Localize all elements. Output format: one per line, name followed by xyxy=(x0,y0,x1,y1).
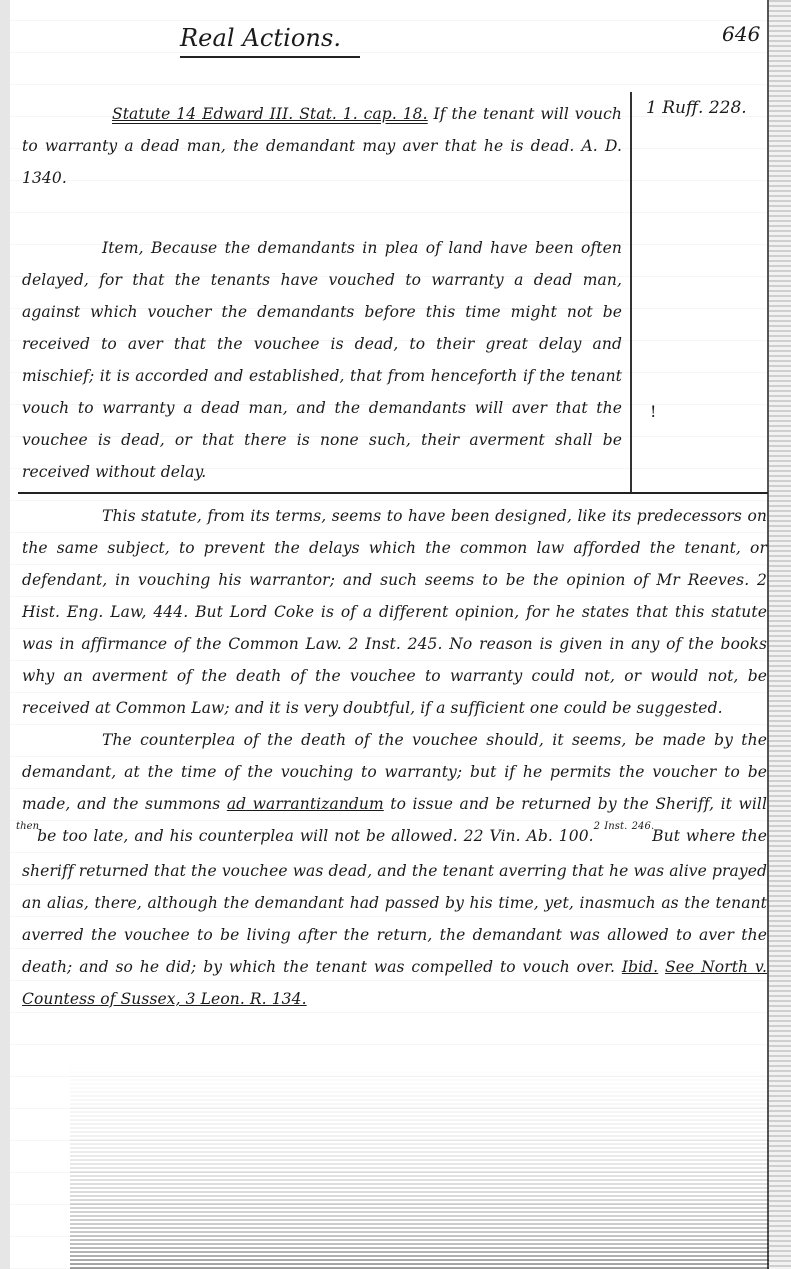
margin-note-citation: 1 Ruff. 228. xyxy=(646,98,747,118)
statute-section: Statute 14 Edward III. Stat. 1. cap. 18.… xyxy=(10,92,768,492)
page-number: 646 xyxy=(722,18,760,50)
statute-citation: Statute 14 Edward III. Stat. 1. cap. 18. xyxy=(112,105,428,123)
para2-part-c: be too late, and his counterplea will no… xyxy=(37,827,594,845)
para2-part-b: to issue and be returned by the Sheriff,… xyxy=(390,795,767,813)
commentary-paragraph-1: This statute, from its terms, seems to h… xyxy=(22,500,767,724)
statute-text: Item, Because the demandants in plea of … xyxy=(22,232,622,488)
scan-smudge xyxy=(70,1059,769,1269)
commentary-block: This statute, from its terms, seems to h… xyxy=(22,500,767,1015)
statute-summary: Statute 14 Edward III. Stat. 1. cap. 18.… xyxy=(22,98,622,194)
scan-left-margin xyxy=(0,0,10,1269)
interlinear-insertion: then xyxy=(16,821,39,832)
commentary-paragraph-2: The counterplea of the death of the vouc… xyxy=(22,724,767,1015)
para2-part-d: But where the sheriff returned that the … xyxy=(22,827,767,976)
margin-mark: ! xyxy=(650,402,656,421)
ibid-reference: Ibid. xyxy=(622,958,658,976)
superscript-citation: 2 Inst. 246. xyxy=(594,821,655,832)
latin-phrase: ad warrantizandum xyxy=(227,795,384,813)
page-heading: Real Actions. xyxy=(180,22,360,58)
statute-text-block: Statute 14 Edward III. Stat. 1. cap. 18.… xyxy=(22,98,622,488)
section-divider xyxy=(18,492,768,494)
page-right-edge xyxy=(767,0,791,1269)
margin-rule xyxy=(630,92,632,492)
